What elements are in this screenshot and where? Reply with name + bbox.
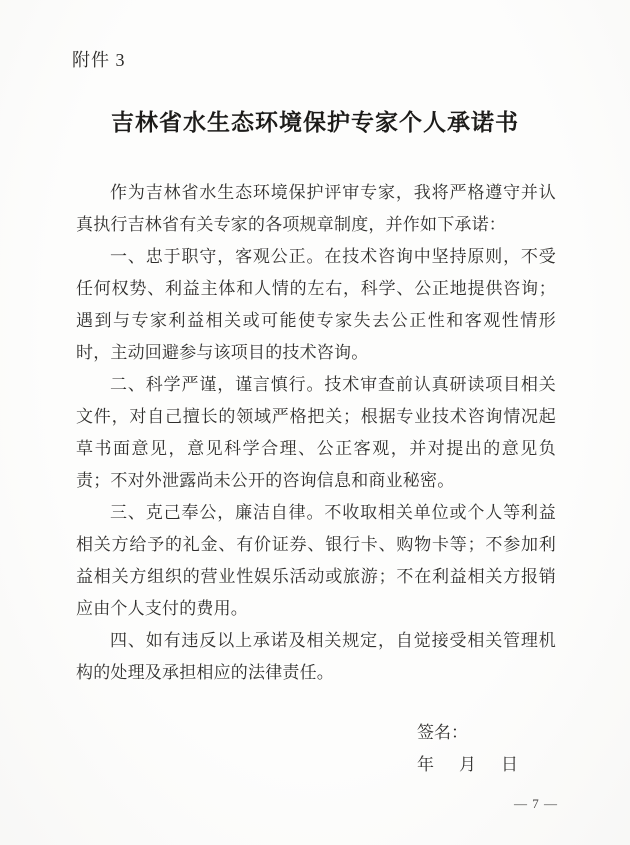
signature-date-year: 年 (417, 749, 434, 781)
body-paragraph-item-4: 四、如有违反以上承诺及相关规定，自觉接受相关管理机构的处理及承担相应的法律责任。 (76, 625, 556, 689)
body-paragraph-intro: 作为吉林省水生态环境保护评审专家，我将严格遵守并认真执行吉林省有关专家的各项规章… (76, 177, 556, 241)
signature-date-month: 月 (459, 749, 476, 781)
body-paragraph-item-3: 三、克己奉公，廉洁自律。不收取相关单位或个人等利益相关方给予的礼金、有价证券、银… (76, 497, 556, 625)
body-paragraph-item-2: 二、科学严谨，谨言慎行。技术审查前认真研读项目相关文件，对自己擅长的领域严格把关… (76, 369, 556, 497)
document-body: 作为吉林省水生态环境保护评审专家，我将严格遵守并认真执行吉林省有关专家的各项规章… (76, 177, 556, 689)
body-paragraph-item-1: 一、忠于职守，客观公正。在技术咨询中坚持原则，不受任何权势、利益主体和人情的左右… (76, 241, 556, 369)
signature-date-day: 日 (501, 749, 518, 781)
page-number: — 7 — (514, 796, 558, 812)
signature-date-line: 年 月 日 (417, 749, 518, 781)
signature-block: 签名： 年 月 日 (417, 717, 518, 781)
document-title: 吉林省水生态环境保护专家个人承诺书 (0, 104, 630, 137)
attachment-label: 附件 3 (72, 46, 126, 72)
document-page: 附件 3 吉林省水生态环境保护专家个人承诺书 作为吉林省水生态环境保护评审专家，… (0, 0, 630, 845)
signature-label: 签名： (417, 717, 518, 749)
